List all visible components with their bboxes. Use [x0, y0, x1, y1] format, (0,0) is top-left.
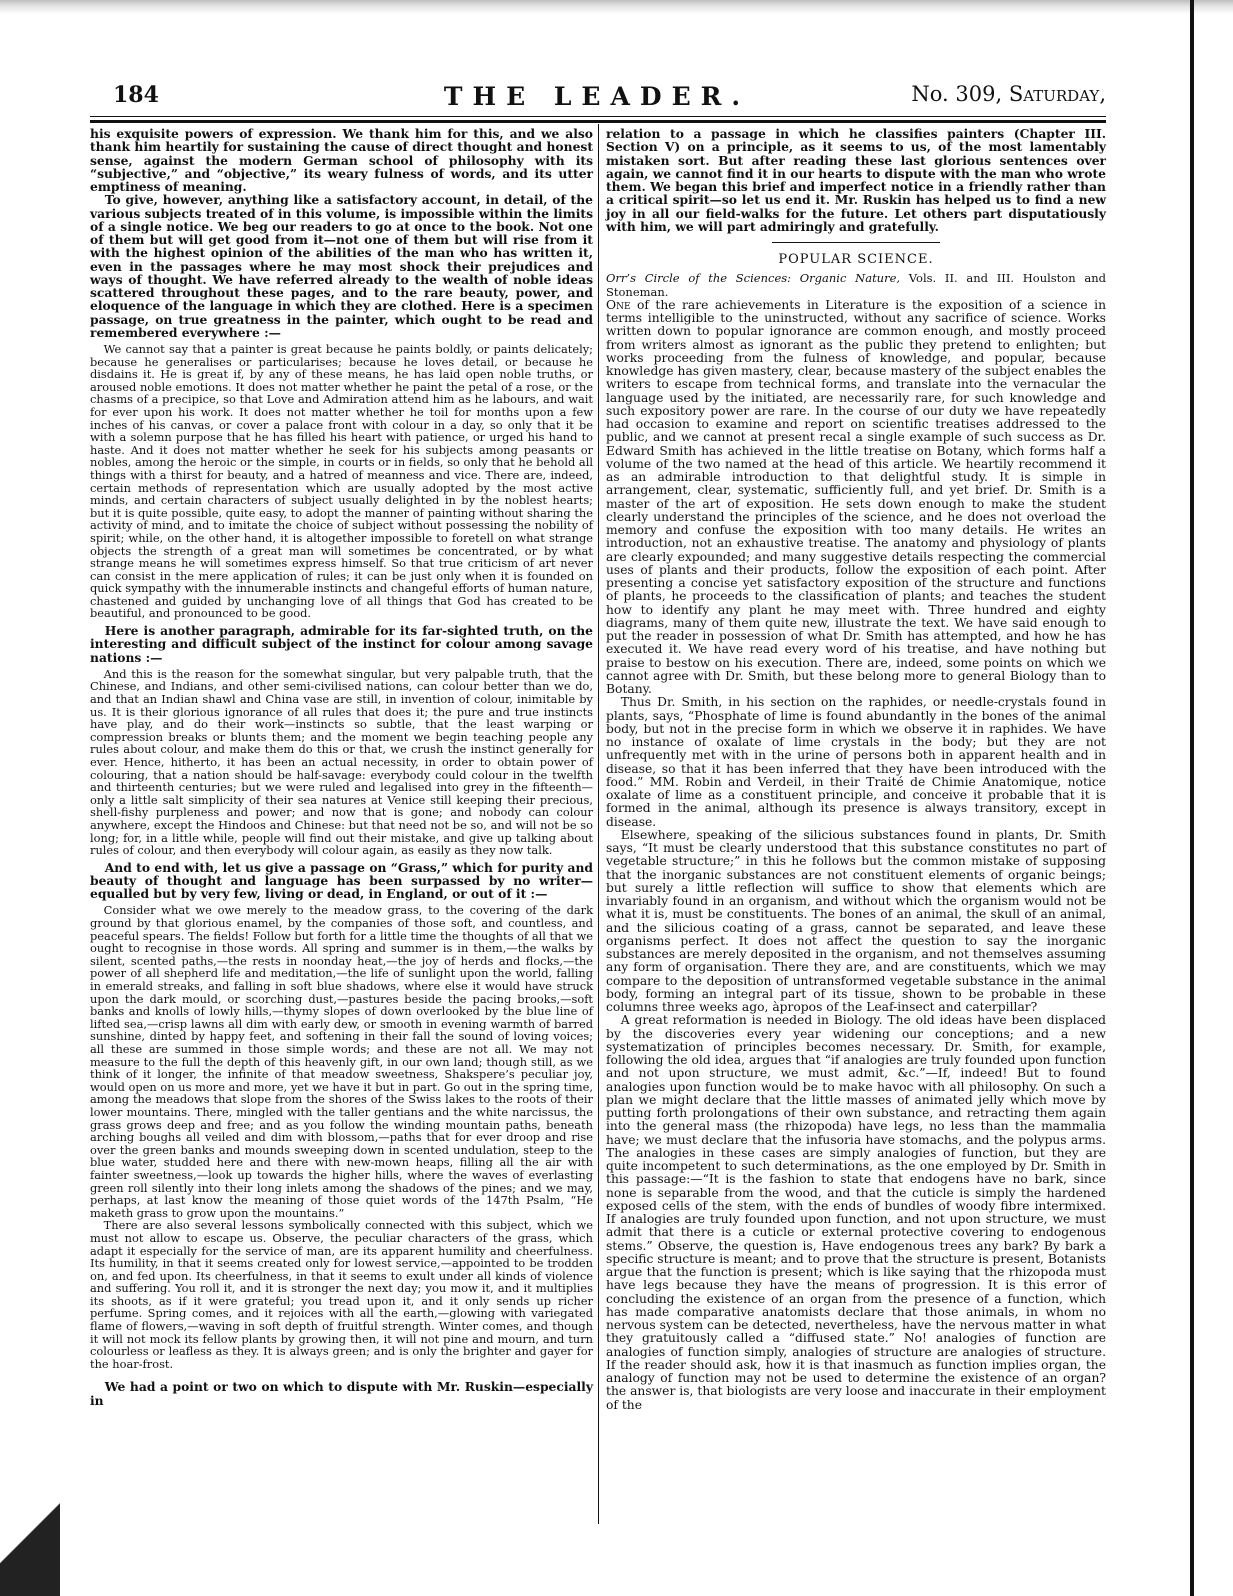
drop-word: One: [606, 298, 631, 312]
review-paragraph: relation to a passage in which he classi…: [606, 127, 1106, 233]
issue-number: No. 309,: [911, 82, 1008, 106]
review-paragraph: We had a point or two on which to disput…: [90, 1380, 593, 1407]
article-paragraph: One of the rare achievements in Literatu…: [606, 299, 1106, 697]
review-paragraph: To give, however, anything like a satisf…: [90, 193, 593, 339]
article-paragraph: A great reformation is needed in Biology…: [606, 1014, 1106, 1412]
quoted-passage-grass: Consider what we owe merely to the meado…: [90, 904, 593, 1370]
section-title: POPULAR SCIENCE.: [606, 253, 1106, 266]
quote-paragraph: There are also several lessons symbolica…: [90, 1219, 593, 1370]
scan-corner-shadow: [0, 1500, 60, 1596]
scan-right-border: [1190, 0, 1194, 1596]
section-divider: [772, 242, 940, 243]
book-citation: Orr’s Circle of the Sciences: Organic Na…: [606, 272, 1106, 299]
quoted-passage-greatness: We cannot say that a painter is great be…: [90, 343, 593, 620]
header-rule-thick: [90, 120, 1106, 123]
page-header: 184 THE LEADER. No. 309, Saturday,: [88, 82, 1106, 112]
quoted-passage-colour: And this is the reason for the somewhat …: [90, 668, 593, 857]
article-paragraph: Thus Dr. Smith, in his section on the ra…: [606, 696, 1106, 829]
review-paragraph: Here is another paragraph, admirable for…: [90, 624, 593, 664]
issue-day: Saturday,: [1009, 82, 1106, 106]
article-text: of the rare achievements in Literature i…: [606, 298, 1106, 696]
review-paragraph: And to end with, let us give a passage o…: [90, 861, 593, 901]
header-rule-thin: [90, 116, 1106, 117]
review-paragraph: his exquisite powers of expression. We t…: [90, 127, 593, 193]
quote-paragraph: Consider what we owe merely to the meado…: [90, 904, 593, 1219]
article-paragraph: Elsewhere, speaking of the silicious sub…: [606, 829, 1106, 1015]
quote-paragraph: And this is the reason for the somewhat …: [90, 668, 593, 857]
left-column: his exquisite powers of expression. We t…: [90, 127, 593, 1407]
right-column: relation to a passage in which he classi…: [606, 127, 1106, 1412]
scan-edge-shadow: [0, 0, 1233, 14]
book-title: Orr’s Circle of the Sciences: Organic Na…: [606, 271, 900, 285]
issue-info: No. 309, Saturday,: [911, 82, 1106, 106]
quote-paragraph: We cannot say that a painter is great be…: [90, 343, 593, 620]
column-divider: [598, 124, 599, 1524]
